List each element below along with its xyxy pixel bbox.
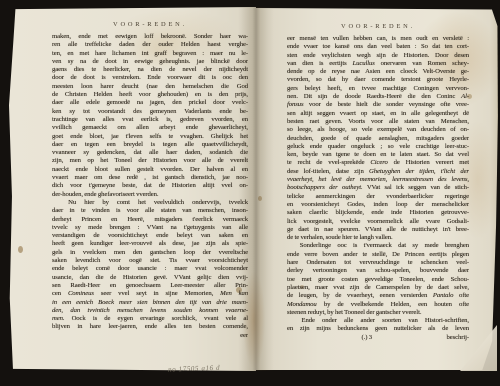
right-body-text: eer mensē ten vullen hebben can, is men … (287, 35, 469, 342)
right-page-text: VOOR-REDEN. eer mensē ten vullen hebben … (287, 23, 469, 342)
pencil-inscription: no 17505 a16 d (168, 362, 258, 373)
left-body-text: maken, ende met eewigen loff bekroonē. S… (52, 33, 248, 340)
book-scan: VOOR-REDEN. maken, ende met eewigen loff… (0, 0, 500, 386)
running-header-left: VOOR-REDEN. (52, 21, 248, 28)
left-page-text: VOOR-REDEN. maken, ende met eewigen loff… (52, 21, 248, 340)
running-header-right: VOOR-REDEN. (287, 23, 469, 30)
